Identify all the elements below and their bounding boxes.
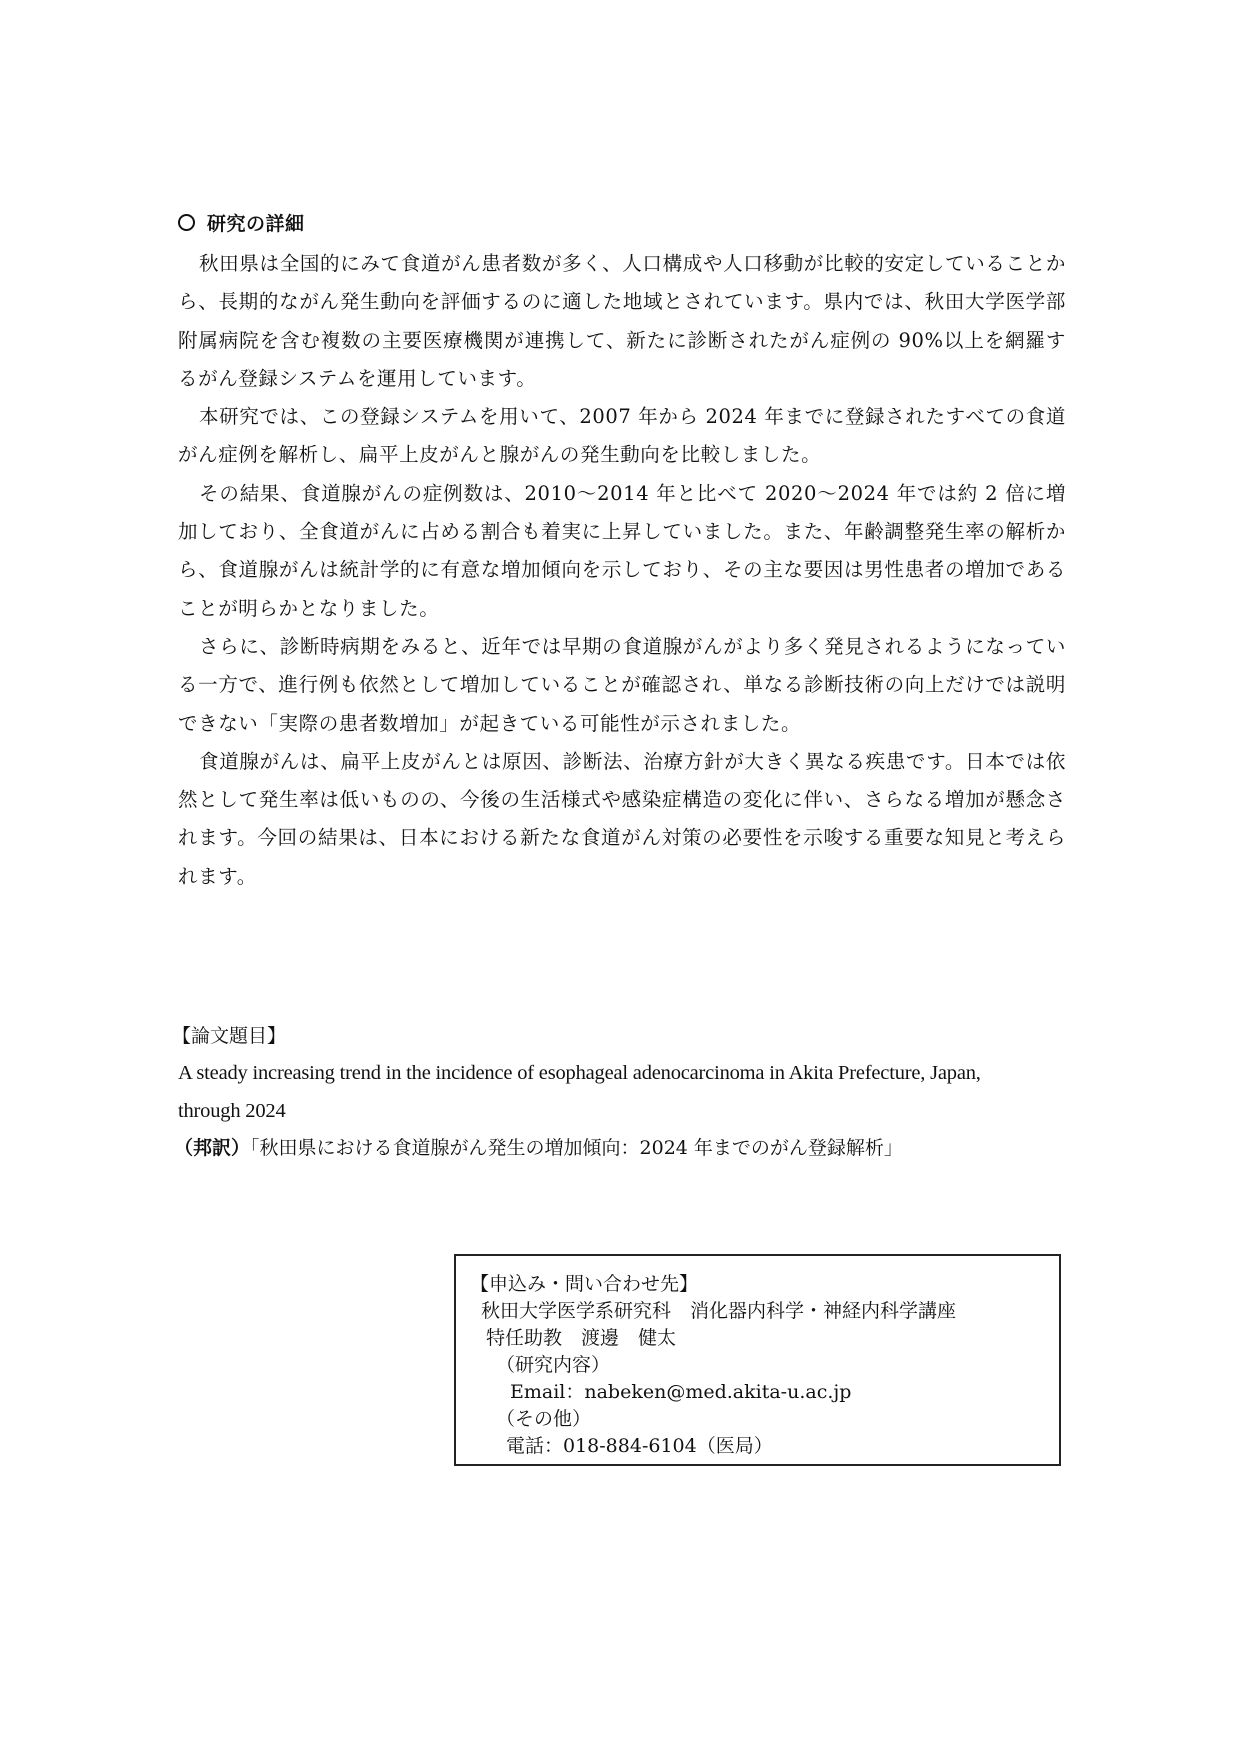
- paragraph-2: 本研究では、この登録システムを用いて、2007 年から 2024 年までに登録さ…: [178, 398, 1066, 475]
- paragraph-5: 食道腺がんは、扁平上皮がんとは原因、診断法、治療方針が大きく異なる疾患です。日本…: [178, 743, 1066, 896]
- section-heading: 研究の詳細: [178, 209, 305, 236]
- document-page: 研究の詳細 秋田県は全国的にみて食道がん患者数が多く、人口構成や人口移動が比較的…: [0, 0, 1241, 1755]
- contact-header: 【申込み・問い合わせ先】: [470, 1271, 698, 1297]
- paper-title-block: 【論文題目】 A steady increasing trend in the …: [178, 1018, 1078, 1166]
- contact-research-label: （研究内容）: [496, 1352, 610, 1378]
- contact-email[interactable]: Email：nabeken@med.akita-u.ac.jp: [510, 1379, 851, 1405]
- contact-box: 【申込み・問い合わせ先】 秋田大学医学系研究科 消化器内科学・神経内科学講座 特…: [454, 1254, 1061, 1466]
- section-heading-text: 研究の詳細: [207, 213, 305, 235]
- paper-title-en: A steady increasing trend in the inciden…: [178, 1054, 1078, 1130]
- translation-text: 「秋田県における食道腺がん発生の増加傾向：2024 年までのがん登録解析」: [250, 1137, 903, 1159]
- contact-affiliation: 秋田大学医学系研究科 消化器内科学・神経内科学講座: [481, 1298, 956, 1324]
- paper-title-en-line2: through 2024: [178, 1092, 1078, 1130]
- paragraph-3: その結果、食道腺がんの症例数は、2010～2014 年と比べて 2020～202…: [178, 475, 1066, 628]
- contact-other-label: （その他）: [496, 1406, 591, 1432]
- translation-label: （邦訳）: [174, 1137, 250, 1159]
- paper-title-label: 【論文題目】: [172, 1018, 1078, 1054]
- circle-bullet-icon: [178, 214, 195, 231]
- contact-person: 特任助教 渡邊 健太: [486, 1325, 676, 1351]
- paragraph-4: さらに、診断時病期をみると、近年では早期の食道腺がんがより多く発見されるようにな…: [178, 628, 1066, 743]
- paper-title-translation: （邦訳）「秋田県における食道腺がん発生の増加傾向：2024 年までのがん登録解析…: [174, 1130, 1078, 1166]
- paragraph-1: 秋田県は全国的にみて食道がん患者数が多く、人口構成や人口移動が比較的安定している…: [178, 245, 1066, 398]
- section-body: 秋田県は全国的にみて食道がん患者数が多く、人口構成や人口移動が比較的安定している…: [178, 245, 1066, 896]
- paper-title-en-line1: A steady increasing trend in the inciden…: [178, 1054, 1078, 1092]
- contact-phone: 電話：018-884-6104（医局）: [506, 1433, 773, 1459]
